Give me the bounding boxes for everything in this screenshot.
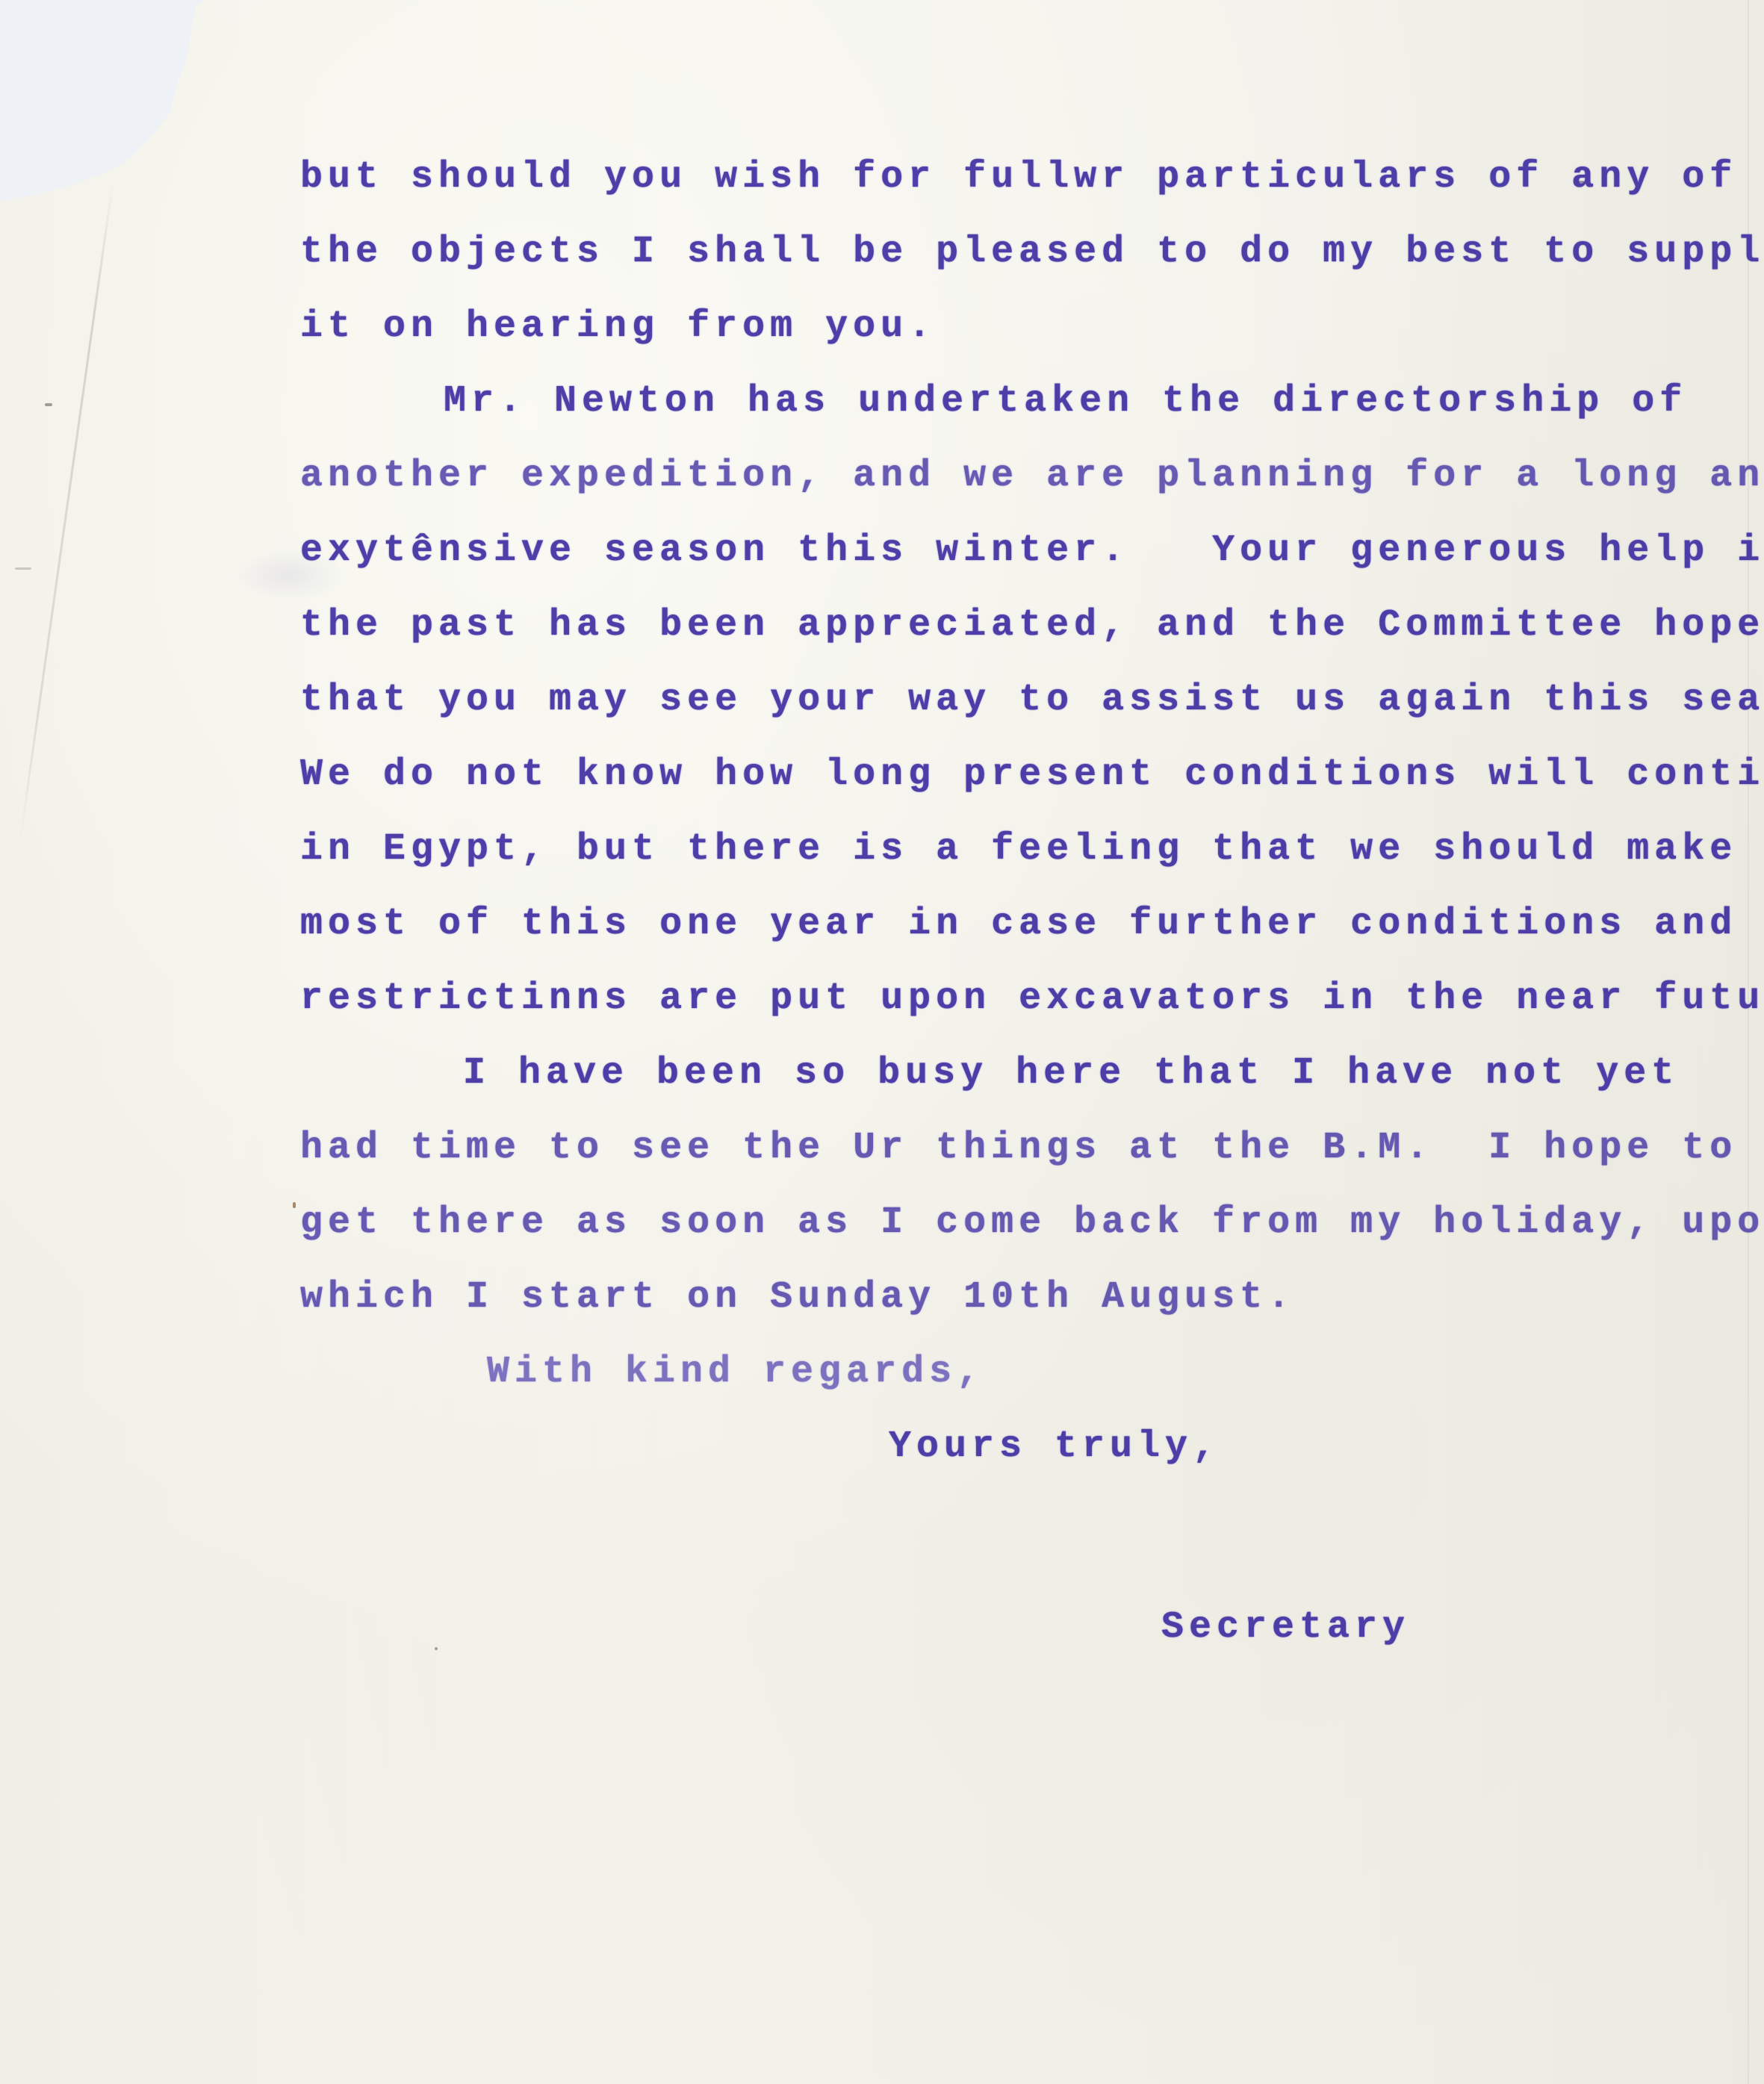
letter-line: in Egypt, but there is a feeling that we… <box>300 827 1764 872</box>
letter-line: had time to see the Ur things at the B.M… <box>300 1126 1737 1171</box>
paper-fold-crease <box>19 179 114 845</box>
letter-page: but should you wish for fullwr particula… <box>0 0 1764 2084</box>
letter-line: it on hearing from you. <box>300 305 936 349</box>
letter-line: but should you wish for fullwr particula… <box>300 155 1737 200</box>
signature-title: Secretary <box>1161 1605 1410 1650</box>
paper-speck <box>435 1647 438 1650</box>
letter-line: restrictinns are put upon excavators in … <box>300 977 1764 1021</box>
letter-line: the past has been appreciated, and the C… <box>300 603 1764 648</box>
paper-right-edge <box>1748 0 1749 2084</box>
letter-line: that you may see your way to assist us a… <box>300 678 1764 723</box>
letter-line: the objects I shall be pleased to do my … <box>300 230 1764 275</box>
paper-speck <box>293 1202 296 1208</box>
valediction: Yours truly, <box>889 1425 1220 1469</box>
paper-speck <box>45 403 52 406</box>
letter-line: We do not know how long present conditio… <box>300 753 1764 797</box>
letter-line: exytênsive season this winter. Your gene… <box>300 529 1764 573</box>
closing-line: With kind regards, <box>487 1350 984 1395</box>
paper-speck <box>15 567 31 570</box>
letter-line: I have been so busy here that I have not… <box>463 1051 1679 1096</box>
letter-line: another expedition, and we are planning … <box>300 454 1764 499</box>
letter-line: get there as soon as I come back from my… <box>300 1201 1764 1245</box>
letter-line: Mr. Newton has undertaken the directorsh… <box>444 379 1687 424</box>
letter-line: which I start on Sunday 10th August. <box>300 1275 1295 1320</box>
letter-line: most of this one year in case further co… <box>300 902 1737 947</box>
